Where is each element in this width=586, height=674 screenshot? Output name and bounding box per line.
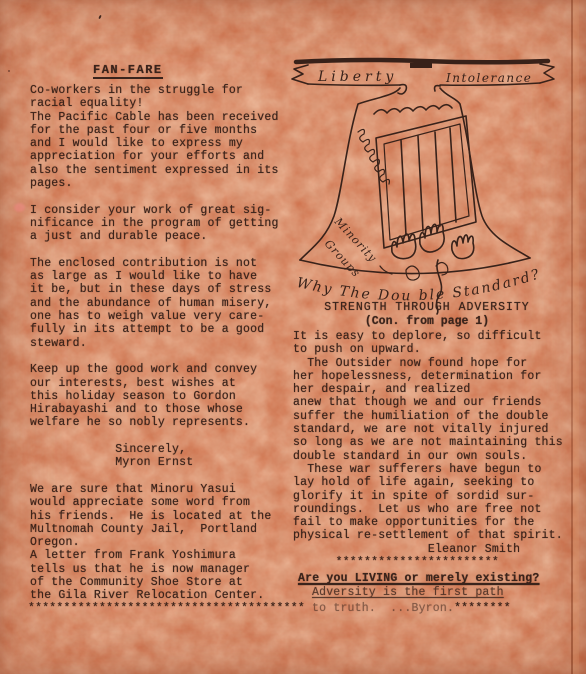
jail-bar-1 [401,140,406,235]
jail-window-frame [376,116,476,248]
figure-head-2 [436,263,448,276]
figure-shoulder [380,266,392,274]
footer-quote-line1: Adversity is the first path [312,586,504,599]
banner-right-jag [540,64,554,83]
bell-label-groups: Groups [322,237,363,280]
article-title: STRENGTH THROUGH ADVERSITY [292,301,562,314]
bottom-asterisks-left: *************************************** [28,602,305,615]
liberty-bell-illustration: Liberty Intolerance Minority Groups Why … [288,52,560,324]
article-text: It is easy to deplore, so difficult to p… [293,330,563,569]
banner-right-curl [435,86,440,91]
jail-bar-2 [418,136,423,231]
bottom-quote-continuation: to truth. ...Byron. [305,602,454,615]
bell-rim [300,258,530,274]
bell-right-side [440,88,530,258]
left-column-text: Co-workers in the struggle for racial eq… [30,84,279,603]
hand-left [392,234,416,259]
banner-left-curl [398,85,406,94]
bell-caption-text: Why The Dou ble Standard? [295,266,543,304]
bell-caption: Why The Dou ble Standard? [295,266,543,304]
footer-question: Are you LIVING or merely existing? [298,572,539,585]
footer-bottom-line: *************************************** … [28,602,511,615]
banner-top-bar [296,60,548,62]
caption-arc [294,278,540,300]
bell-hanger [410,63,432,68]
scribble-chain [358,129,389,184]
jail-bar-3 [435,132,440,226]
page-content: FAN-FARE Co-workers in the struggle for … [0,0,586,674]
paper-speck [98,15,102,19]
figure-head-1 [406,266,419,280]
banner-bottom-left [308,84,400,85]
hand-right [452,235,474,259]
banner-left-jag [292,65,308,84]
bottom-asterisks-right: ******** [454,602,511,615]
jail-bar-4 [450,128,456,222]
banner-intolerance-label: Intolerance [445,71,532,85]
paper-speck [8,70,10,72]
bell-scallop-band [374,105,452,114]
bell-left-side [300,88,400,260]
article-subtitle: (Con. from page 1) [292,315,562,328]
jail-window-inner [384,124,469,240]
newsletter-page: FAN-FARE Co-workers in the struggle for … [0,0,586,674]
paper-blemish [14,203,25,212]
banner-liberty-label: Liberty [317,69,397,85]
bell-label-minority: Minority [331,214,379,264]
left-column-heading: FAN-FARE [93,63,163,79]
hand-center [420,224,444,252]
banner-bottom-right [440,83,540,85]
